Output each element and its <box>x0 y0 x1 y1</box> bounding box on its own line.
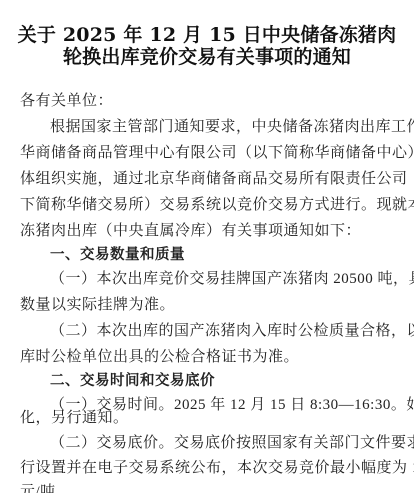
section-heading-2: 二、交易时间和交易底价 <box>50 372 394 390</box>
notice-document: 关于 2025 年 12 月 15 日中央储备冻猪肉 轮换出库竞价交易有关事项的… <box>0 0 414 493</box>
section-2-item-2-line: 元/吨。 <box>20 483 394 493</box>
document-title-line-1: 关于 2025 年 12 月 15 日中央储备冻猪肉 <box>0 24 414 46</box>
intro-line: 华商储备商品管理中心有限公司（以下简称华商储备中心）具 <box>20 144 394 162</box>
section-1-item-1-line: （一）本次出库竞价交易挂牌国产冻猪肉 20500 吨，具体 <box>50 270 394 288</box>
salutation: 各有关单位： <box>20 92 394 110</box>
section-1-item-2-line: 库时公检单位出具的公检合格证书为准。 <box>20 348 394 366</box>
intro-line: 冻猪肉出库（中央直属冷库）有关事项通知如下： <box>20 222 394 240</box>
intro-line: 根据国家主管部门通知要求，中央储备冻猪肉出库工作由 <box>50 118 394 136</box>
intro-line: 下简称华储交易所）交易系统以竞价交易方式进行。现就本次 <box>20 196 394 214</box>
section-2-item-2-line: （二）交易底价。交易底价按照国家有关部门文件要求进 <box>50 434 394 452</box>
section-1-item-1-line: 数量以实际挂牌为准。 <box>20 296 394 314</box>
intro-line: 体组织实施，通过北京华商储备商品交易所有限责任公司（以 <box>20 170 394 188</box>
section-2-item-2-line: 行设置并在电子交易系统公布，本次交易竞价最小幅度为 100 <box>20 459 394 477</box>
document-title-line-2: 轮换出库竞价交易有关事项的通知 <box>0 46 414 68</box>
section-2-item-1-line: 化，另行通知。 <box>20 409 394 427</box>
section-1-item-2-line: （二）本次出库的国产冻猪肉入库时公检质量合格，以入 <box>50 322 394 340</box>
section-heading-1: 一、交易数量和质量 <box>50 246 394 264</box>
